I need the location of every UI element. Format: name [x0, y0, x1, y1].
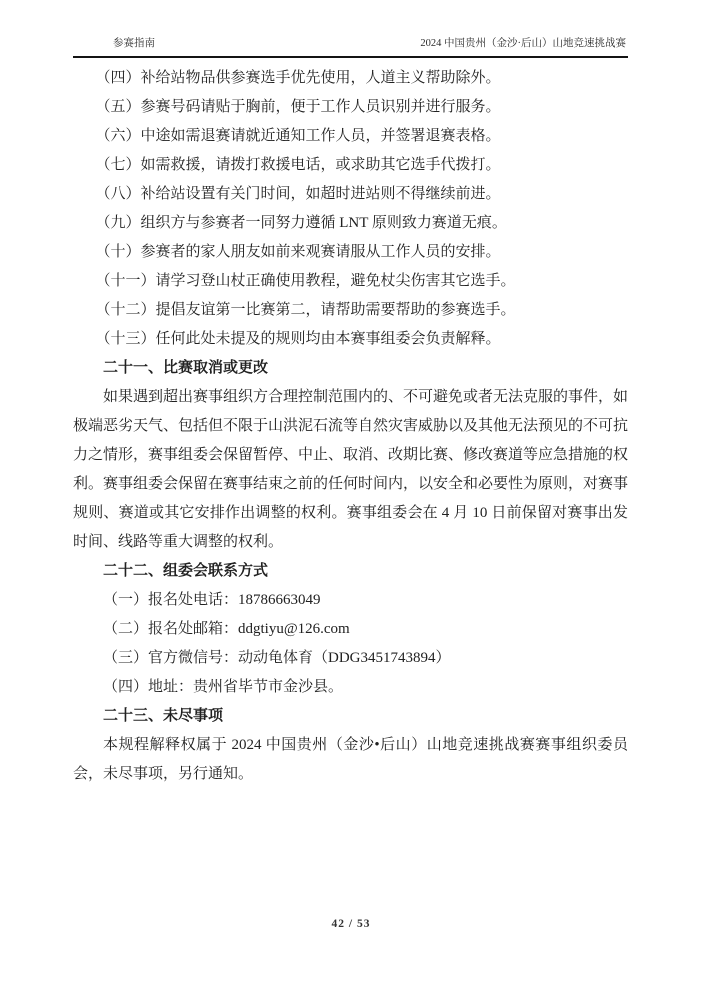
rule-item-12: （十二）提倡友谊第一比赛第二，请帮助需要帮助的参赛选手。: [73, 296, 628, 325]
rule-item-4: （四）补给站物品供参赛选手优先使用，人道主义帮助除外。: [73, 64, 628, 93]
rule-item-6: （六）中途如需退赛请就近通知工作人员，并签署退赛表格。: [73, 122, 628, 151]
contact-item-email: （二）报名处邮箱：ddgtiyu@126.com: [73, 615, 628, 644]
rule-item-7: （七）如需救援，请拨打救援电话，或求助其它选手代拨打。: [73, 151, 628, 180]
document-body: （四）补给站物品供参赛选手优先使用，人道主义帮助除外。 （五）参赛号码请贴于胸前…: [73, 64, 628, 789]
page-header: 参赛指南 2024 中国贵州（金沙·后山）山地竞速挑战赛: [73, 36, 628, 58]
header-left-label: 参赛指南: [73, 36, 155, 51]
contact-item-wechat: （三）官方微信号：动动龟体育（DDG3451743894）: [73, 644, 628, 673]
rule-item-5: （五）参赛号码请贴于胸前，便于工作人员识别并进行服务。: [73, 93, 628, 122]
rule-item-10: （十）参赛者的家人朋友如前来观赛请服从工作人员的安排。: [73, 238, 628, 267]
rule-item-11: （十一）请学习登山杖正确使用教程，避免杖尖伤害其它选手。: [73, 267, 628, 296]
contact-item-phone: （一）报名处电话：18786663049: [73, 586, 628, 615]
rule-item-9: （九）组织方与参赛者一同努力遵循 LNT 原则致力赛道无痕。: [73, 209, 628, 238]
header-right-title: 2024 中国贵州（金沙·后山）山地竞速挑战赛: [420, 36, 628, 51]
section-heading-cancellation: 二十一、比赛取消或更改: [73, 354, 628, 383]
rule-item-8: （八）补给站设置有关门时间，如超时进站则不得继续前进。: [73, 180, 628, 209]
section-heading-misc: 二十三、未尽事项: [73, 702, 628, 731]
section-misc-paragraph: 本规程解释权属于 2024 中国贵州（金沙•后山）山地竞速挑战赛赛事组织委员会，…: [73, 731, 628, 789]
contact-item-address: （四）地址：贵州省毕节市金沙县。: [73, 673, 628, 702]
document-page: 参赛指南 2024 中国贵州（金沙·后山）山地竞速挑战赛 （四）补给站物品供参赛…: [0, 0, 702, 993]
section-heading-contact: 二十二、组委会联系方式: [73, 557, 628, 586]
section-cancellation-paragraph: 如果遇到超出赛事组织方合理控制范围内的、不可避免或者无法克服的事件，如极端恶劣天…: [73, 383, 628, 557]
rule-item-13: （十三）任何此处未提及的规则均由本赛事组委会负责解释。: [73, 325, 628, 354]
page-number: 42 / 53: [0, 918, 702, 930]
